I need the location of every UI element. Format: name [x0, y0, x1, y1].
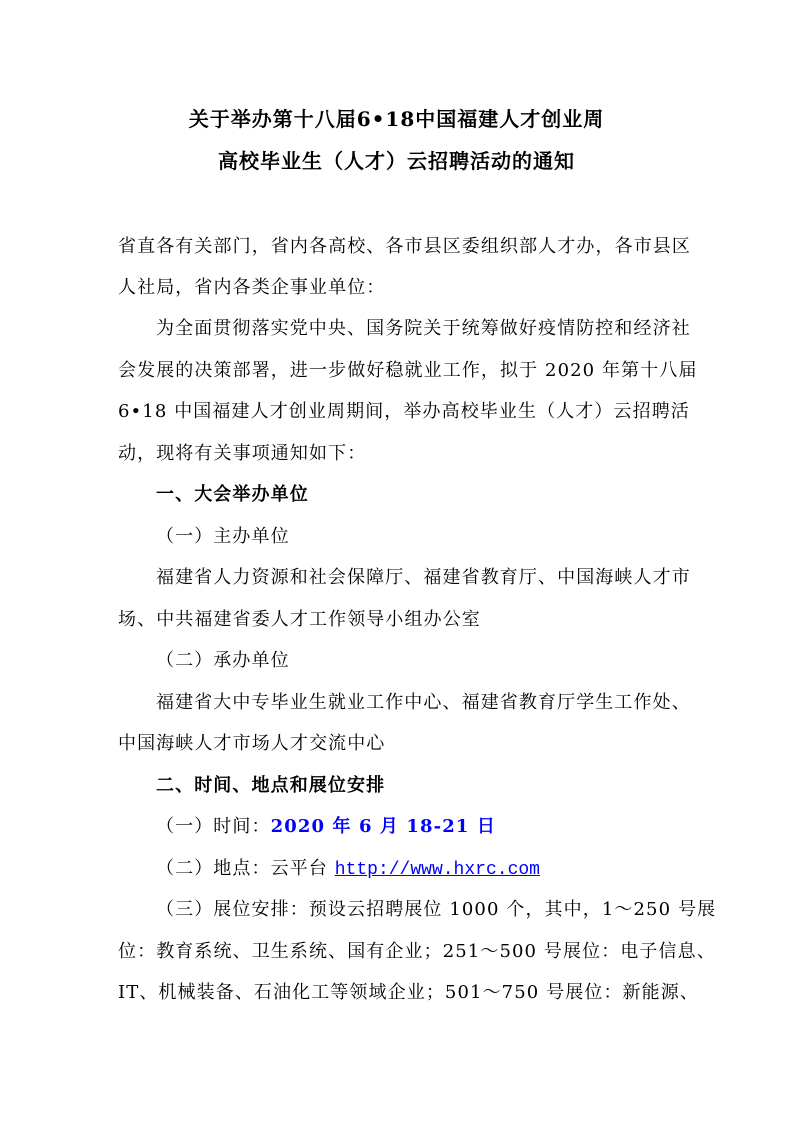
- host-line-2: 中国海峡人才市场人才交流中心: [118, 729, 678, 755]
- place-label: （二）地点：云平台: [156, 858, 335, 879]
- place-line: （二）地点：云平台 http://www.hxrc.com: [156, 854, 716, 880]
- addressee-line-1: 省直各有关部门，省内各高校、各市县区委组织部人才办，各市县区: [118, 232, 673, 258]
- section-1-sub-1-heading: （一）主办单位: [156, 522, 716, 548]
- document-page: 关于举办第十八届6•18中国福建人才创业周 高校毕业生（人才）云招聘活动的通知 …: [0, 0, 793, 1122]
- addressee-line-2: 人社局，省内各类企事业单位：: [118, 273, 678, 299]
- section-1-sub-2-heading: （二）承办单位: [156, 646, 716, 672]
- document-title-line-2: 高校毕业生（人才）云招聘活动的通知: [0, 145, 793, 174]
- host-line-1: 福建省大中专毕业生就业工作中心、福建省教育厅学生工作处、: [156, 688, 673, 714]
- section-2-heading: 二、时间、地点和展位安排: [156, 771, 716, 797]
- document-title-line-1: 关于举办第十八届6•18中国福建人才创业周: [0, 103, 793, 132]
- booth-line-1: （三）展位安排：预设云招聘展位 1000 个，其中，1～250 号展: [156, 895, 673, 921]
- booth-line-3: IT、机械装备、石油化工等领域企业；501～750 号展位：新能源、: [118, 978, 673, 1004]
- section-1-heading: 一、大会举办单位: [156, 480, 716, 506]
- time-line: （一）时间：2020 年 6 月 18-21 日: [156, 812, 716, 838]
- website-link[interactable]: http://www.hxrc.com: [335, 860, 540, 880]
- organizer-line-2: 场、中共福建省委人才工作领导小组办公室: [118, 605, 678, 631]
- organizer-line-1: 福建省人力资源和社会保障厅、福建省教育厅、中国海峡人才市: [156, 563, 673, 589]
- time-value: 2020 年 6 月 18-21 日: [271, 816, 496, 837]
- booth-line-2: 位：教育系统、卫生系统、国有企业；251～500 号展位：电子信息、: [118, 937, 673, 963]
- time-label: （一）时间：: [156, 816, 271, 837]
- intro-line-2: 会发展的决策部署，进一步做好稳就业工作，拟于 2020 年第十八届: [118, 356, 673, 382]
- intro-line-3: 6•18 中国福建人才创业周期间，举办高校毕业生（人才）云招聘活: [118, 397, 673, 423]
- intro-line-1: 为全面贯彻落实党中央、国务院关于统筹做好疫情防控和经济社: [156, 314, 673, 340]
- intro-line-4: 动，现将有关事项通知如下：: [118, 439, 678, 465]
